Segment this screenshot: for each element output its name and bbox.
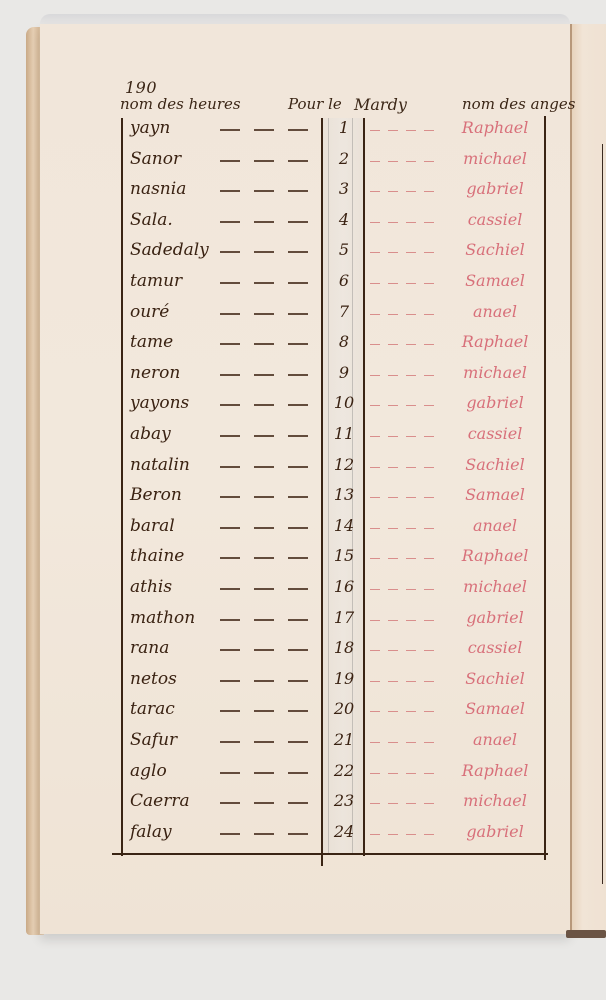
hour-name: tarac xyxy=(130,699,175,719)
hour-name: natalin xyxy=(130,455,190,475)
dash-leader xyxy=(220,772,318,774)
angel-name: gabriel xyxy=(448,608,542,627)
hour-number: 24 xyxy=(326,822,362,841)
red-dash-leader xyxy=(370,314,442,315)
angel-name: Raphael xyxy=(448,118,542,137)
red-dash-leader xyxy=(370,467,442,468)
red-dash-leader xyxy=(370,130,442,131)
hour-number: 5 xyxy=(326,240,362,259)
hour-number: 8 xyxy=(326,332,362,351)
hour-name: Caerra xyxy=(130,791,190,811)
angel-name: gabriel xyxy=(448,393,542,412)
angel-name: Raphael xyxy=(448,761,542,780)
table-row: Beron13Samael xyxy=(0,485,560,515)
table-row: rana18cassiel xyxy=(0,638,560,668)
angel-name: michael xyxy=(448,791,542,810)
red-dash-leader xyxy=(370,405,442,406)
table-row: natalin12Sachiel xyxy=(0,455,560,485)
dash-leader xyxy=(220,190,318,192)
table-row: abay11cassiel xyxy=(0,424,560,454)
hour-name: nasnia xyxy=(130,179,186,199)
table-bottom-border xyxy=(112,853,548,855)
hour-number: 3 xyxy=(326,179,362,198)
hour-number: 16 xyxy=(326,577,362,596)
hour-name: Sadedaly xyxy=(130,240,209,260)
angel-name: anael xyxy=(448,516,542,535)
angel-name: gabriel xyxy=(448,822,542,841)
hour-name: tame xyxy=(130,332,173,352)
hour-number: 11 xyxy=(326,424,362,443)
red-dash-leader xyxy=(370,161,442,162)
dash-leader xyxy=(220,619,318,621)
table-row: tame8Raphael xyxy=(0,332,560,362)
dash-leader xyxy=(220,588,318,590)
red-dash-leader xyxy=(370,528,442,529)
red-dash-leader xyxy=(370,589,442,590)
table-row: aglo22Raphael xyxy=(0,761,560,791)
hour-name: Safur xyxy=(130,730,177,750)
hour-name: aglo xyxy=(130,761,167,781)
red-dash-leader xyxy=(370,558,442,559)
hour-number: 13 xyxy=(326,485,362,504)
table-row: neron9michael xyxy=(0,363,560,393)
dash-leader xyxy=(220,710,318,712)
hour-number: 10 xyxy=(326,393,362,412)
angel-name: michael xyxy=(448,149,542,168)
angel-name: anael xyxy=(448,730,542,749)
hour-number: 20 xyxy=(326,699,362,718)
table-row: yayons10gabriel xyxy=(0,393,560,423)
dash-leader xyxy=(220,435,318,437)
hour-name: netos xyxy=(130,669,177,689)
angel-name: Sachiel xyxy=(448,455,542,474)
red-dash-leader xyxy=(370,620,442,621)
red-dash-leader xyxy=(370,436,442,437)
dash-leader xyxy=(220,313,318,315)
table-row: mathon17gabriel xyxy=(0,608,560,638)
dash-leader xyxy=(220,343,318,345)
red-dash-leader xyxy=(370,681,442,682)
table-row: tamur6Samael xyxy=(0,271,560,301)
hour-name: tamur xyxy=(130,271,182,291)
dash-leader xyxy=(220,649,318,651)
facing-page-rule xyxy=(602,144,603,884)
hour-name: abay xyxy=(130,424,171,444)
hour-name: yayons xyxy=(130,393,189,413)
hour-number: 23 xyxy=(326,791,362,810)
hour-number: 18 xyxy=(326,638,362,657)
table-row: Sadedaly5Sachiel xyxy=(0,240,560,270)
red-dash-leader xyxy=(370,834,442,835)
angel-name: cassiel xyxy=(448,210,542,229)
red-dash-leader xyxy=(370,803,442,804)
hour-number: 21 xyxy=(326,730,362,749)
angel-name: Raphael xyxy=(448,332,542,351)
hour-name: Beron xyxy=(130,485,182,505)
table-row: tarac20Samael xyxy=(0,699,560,729)
table-row: nasnia3gabriel xyxy=(0,179,560,209)
red-dash-leader xyxy=(370,191,442,192)
hour-number: 2 xyxy=(326,149,362,168)
hour-number: 12 xyxy=(326,455,362,474)
dash-leader xyxy=(220,741,318,743)
hour-number: 19 xyxy=(326,669,362,688)
red-dash-leader xyxy=(370,283,442,284)
dash-leader xyxy=(220,466,318,468)
table-row: athis16michael xyxy=(0,577,560,607)
red-dash-leader xyxy=(370,650,442,651)
table-row: Sanor2michael xyxy=(0,149,560,179)
table-row: yayn1Raphael xyxy=(0,118,560,148)
header-hour-names: nom des heures xyxy=(120,95,241,113)
red-dash-leader xyxy=(370,711,442,712)
header-day: Mardy xyxy=(354,95,407,114)
angel-name: michael xyxy=(448,363,542,382)
hour-number: 22 xyxy=(326,761,362,780)
hour-number: 7 xyxy=(326,302,362,321)
angel-name: cassiel xyxy=(448,638,542,657)
angel-name: Raphael xyxy=(448,546,542,565)
dash-leader xyxy=(220,496,318,498)
angel-name: gabriel xyxy=(448,179,542,198)
angel-name: michael xyxy=(448,577,542,596)
facing-page-edge xyxy=(570,24,606,934)
dash-leader xyxy=(220,282,318,284)
hour-name: falay xyxy=(130,822,172,842)
red-dash-leader xyxy=(370,773,442,774)
red-dash-leader xyxy=(370,375,442,376)
dash-leader xyxy=(220,833,318,835)
hour-number: 17 xyxy=(326,608,362,627)
red-dash-leader xyxy=(370,497,442,498)
header-for-the: Pour le xyxy=(288,95,342,113)
book-spine xyxy=(566,930,606,938)
hour-name: Sala. xyxy=(130,210,173,230)
dash-leader xyxy=(220,129,318,131)
table-row: ouré7anael xyxy=(0,302,560,332)
angel-name: Sachiel xyxy=(448,669,542,688)
angel-name: cassiel xyxy=(448,424,542,443)
hour-name: ouré xyxy=(130,302,169,322)
dash-leader xyxy=(220,557,318,559)
hour-name: mathon xyxy=(130,608,195,628)
red-dash-leader xyxy=(370,222,442,223)
dash-leader xyxy=(220,374,318,376)
dash-leader xyxy=(220,527,318,529)
red-dash-leader xyxy=(370,252,442,253)
hour-number: 6 xyxy=(326,271,362,290)
dash-leader xyxy=(220,802,318,804)
table-row: thaine15Raphael xyxy=(0,546,560,576)
red-dash-leader xyxy=(370,344,442,345)
hour-number: 1 xyxy=(326,118,362,137)
table-row: Caerra23michael xyxy=(0,791,560,821)
dash-leader xyxy=(220,221,318,223)
angel-name: anael xyxy=(448,302,542,321)
dash-leader xyxy=(220,404,318,406)
hour-name: baral xyxy=(130,516,175,536)
hour-number: 15 xyxy=(326,546,362,565)
angel-name: Samael xyxy=(448,699,542,718)
hour-number: 4 xyxy=(326,210,362,229)
table-row: Sala.4cassiel xyxy=(0,210,560,240)
angel-name: Samael xyxy=(448,271,542,290)
hour-name: Sanor xyxy=(130,149,181,169)
table-row: baral14anael xyxy=(0,516,560,546)
red-dash-leader xyxy=(370,742,442,743)
dash-leader xyxy=(220,680,318,682)
dash-leader xyxy=(220,160,318,162)
hour-name: athis xyxy=(130,577,172,597)
hour-number: 9 xyxy=(326,363,362,382)
table-row: Safur21anael xyxy=(0,730,560,760)
hour-name: neron xyxy=(130,363,180,383)
header-angel-names: nom des anges xyxy=(462,95,575,113)
table-row: falay24gabriel xyxy=(0,822,560,852)
hour-number: 14 xyxy=(326,516,362,535)
table-row: netos19Sachiel xyxy=(0,669,560,699)
hour-name: rana xyxy=(130,638,169,658)
dash-leader xyxy=(220,251,318,253)
angel-name: Samael xyxy=(448,485,542,504)
angel-name: Sachiel xyxy=(448,240,542,259)
hour-name: thaine xyxy=(130,546,184,566)
hour-name: yayn xyxy=(130,118,170,138)
